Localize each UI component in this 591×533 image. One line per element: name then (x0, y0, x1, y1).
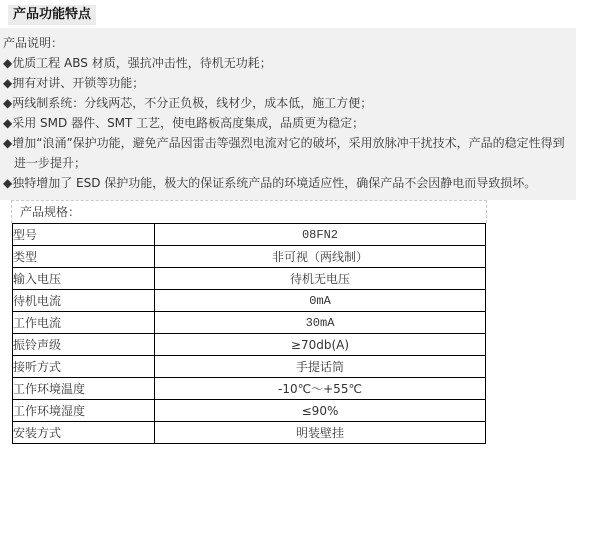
spec-table: 型号 08FN2 类型 非可视（两线制） 输入电压 待机无电压 待机电流 0mA… (12, 223, 486, 444)
feature-item: ◆两线制系统：分线两芯，不分正负极，线材少，成本低，施工方便； (3, 93, 573, 113)
spec-row: 工作环境湿度 ≤90% (13, 400, 486, 422)
feature-item: ◆拥有对讲、开锁等功能； (3, 73, 573, 93)
spec-row: 安装方式 明装壁挂 (13, 422, 486, 444)
spec-row: 输入电压 待机无电压 (13, 268, 486, 290)
spec-value-cell: 非可视（两线制） (155, 246, 486, 268)
spec-label-cell: 安装方式 (13, 422, 155, 444)
feature-item: ◆采用 SMD 器件、SMT 工艺，使电路板高度集成，品质更为稳定； (3, 113, 573, 133)
spec-value-cell: 待机无电压 (155, 268, 486, 290)
feature-item: ◆独特增加了 ESD 保护功能，极大的保证系统产品的环境适应性，确保产品不会因静… (3, 173, 573, 193)
spec-label-cell: 振铃声级 (13, 334, 155, 356)
spec-value-cell: 08FN2 (155, 224, 486, 246)
spec-heading-box: 产品规格： (11, 200, 487, 223)
spec-label-cell: 型号 (13, 224, 155, 246)
spec-row: 工作电流 30mA (13, 312, 486, 334)
spec-label-cell: 工作环境湿度 (13, 400, 155, 422)
spec-row: 振铃声级 ≥70db(A) (13, 334, 486, 356)
spec-value-cell: 30mA (155, 312, 486, 334)
spec-row: 类型 非可视（两线制） (13, 246, 486, 268)
spec-value-cell: 0mA (155, 290, 486, 312)
spec-row: 接听方式 手提话筒 (13, 356, 486, 378)
page-title: 产品功能特点 (8, 5, 96, 25)
spec-label-cell: 工作电流 (13, 312, 155, 334)
spec-value-cell: ≥70db(A) (155, 334, 486, 356)
description-section: 产品说明： ◆优质工程 ABS 材质，强抗冲击性，待机无功耗； ◆拥有对讲、开锁… (0, 28, 576, 200)
feature-item: ◆优质工程 ABS 材质，强抗冲击性，待机无功耗； (3, 53, 573, 73)
spec-label-cell: 接听方式 (13, 356, 155, 378)
spec-label-cell: 输入电压 (13, 268, 155, 290)
spec-row: 型号 08FN2 (13, 224, 486, 246)
spec-row: 工作环境温度 -10℃～+55℃ (13, 378, 486, 400)
spec-label-cell: 工作环境温度 (13, 378, 155, 400)
spec-label-cell: 类型 (13, 246, 155, 268)
spec-value-cell: 手提话筒 (155, 356, 486, 378)
feature-item: ◆增加“浪涌”保护功能，避免产品因雷击等强烈电流对它的破坏，采用放脉冲干扰技术，… (3, 133, 573, 173)
description-heading: 产品说明： (3, 33, 573, 53)
spec-label-cell: 待机电流 (13, 290, 155, 312)
spec-value-cell: 明装壁挂 (155, 422, 486, 444)
spec-value-cell: -10℃～+55℃ (155, 378, 486, 400)
spec-value-cell: ≤90% (155, 400, 486, 422)
spec-heading: 产品规格： (20, 205, 80, 219)
spec-row: 待机电流 0mA (13, 290, 486, 312)
